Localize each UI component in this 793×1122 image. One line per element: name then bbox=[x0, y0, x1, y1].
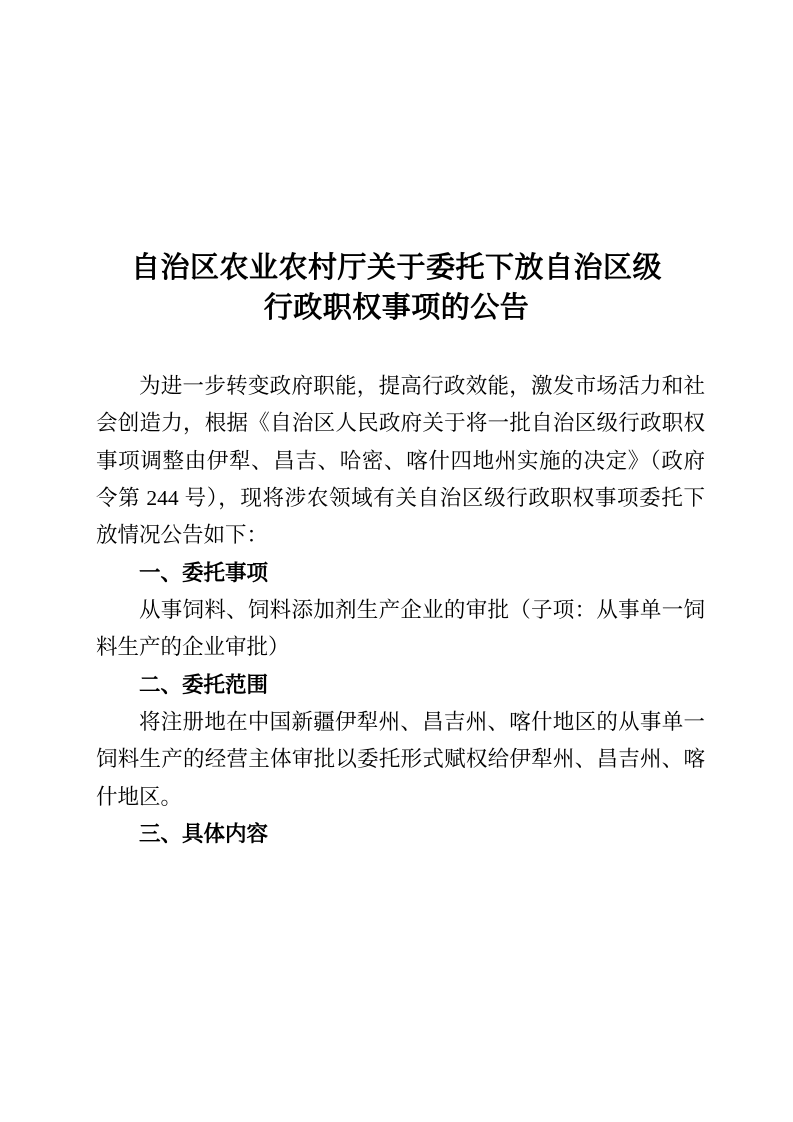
section-heading-2: 二、委托范围 bbox=[96, 667, 705, 704]
document-body: 为进一步转变政府职能，提高行政效能，激发市场活力和社会创造力，根据《自治区人民政… bbox=[96, 368, 705, 853]
document-title-line-2: 行政职权事项的公告 bbox=[0, 288, 793, 328]
intro-paragraph: 为进一步转变政府职能，提高行政效能，激发市场活力和社会创造力，根据《自治区人民政… bbox=[96, 368, 705, 555]
section-heading-3: 三、具体内容 bbox=[96, 816, 705, 853]
document-title-line-1: 自治区农业农村厅关于委托下放自治区级 bbox=[0, 248, 793, 288]
section-body-2: 将注册地在中国新疆伊犁州、昌吉州、喀什地区的从事单一饲料生产的经营主体审批以委托… bbox=[96, 704, 705, 816]
document-page: 自治区农业农村厅关于委托下放自治区级 行政职权事项的公告 为进一步转变政府职能，… bbox=[0, 0, 793, 1122]
section-body-1: 从事饲料、饲料添加剂生产企业的审批（子项：从事单一饲料生产的企业审批） bbox=[96, 592, 705, 667]
section-heading-1: 一、委托事项 bbox=[96, 555, 705, 592]
document-title: 自治区农业农村厅关于委托下放自治区级 行政职权事项的公告 bbox=[0, 248, 793, 328]
